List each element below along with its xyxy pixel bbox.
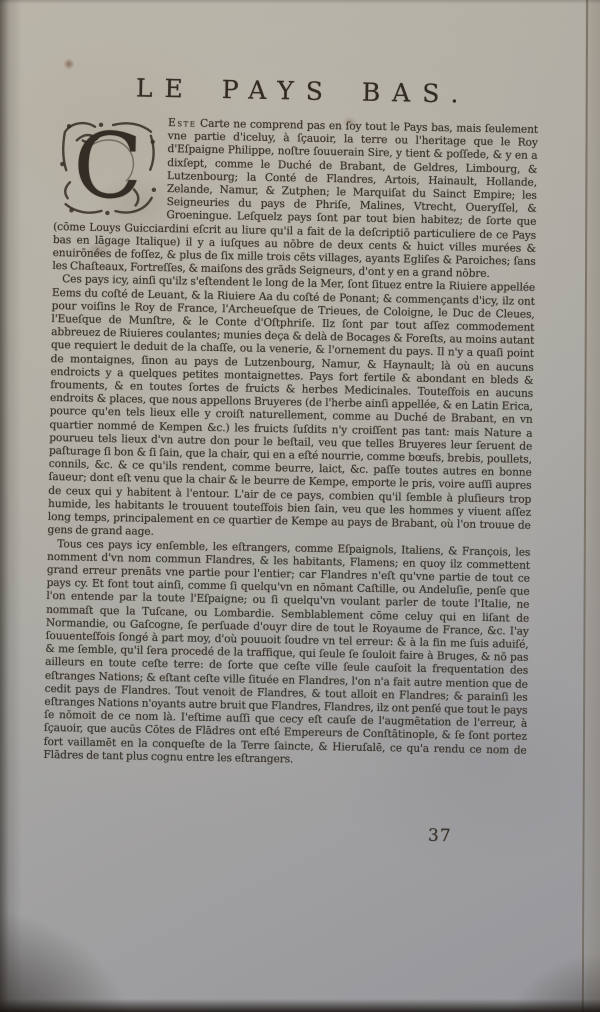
page-edge-line xyxy=(582,0,588,1012)
page-title: LE PAYS BAS. xyxy=(55,72,538,110)
book-page: LE PAYS BAS. xyxy=(0,0,600,1012)
page-edge-strip xyxy=(585,0,600,1012)
first-paragraph: C Este Carte ne comprend pas en ſoy tout… xyxy=(52,115,538,282)
paragraph-3: Tous ces pays icy enſemble, les eſtrange… xyxy=(43,537,530,770)
page-number: 37 xyxy=(428,826,452,846)
paragraph-2: Ces pays icy, ainſi qu'ilz s'eſtendent l… xyxy=(47,273,535,546)
drop-cap: C xyxy=(55,118,160,216)
drop-cap-letter: C xyxy=(55,118,160,216)
text-block: LE PAYS BAS. xyxy=(43,72,539,771)
lead-small-caps: Este xyxy=(168,117,197,130)
book-photo: LE PAYS BAS. xyxy=(0,0,600,1012)
